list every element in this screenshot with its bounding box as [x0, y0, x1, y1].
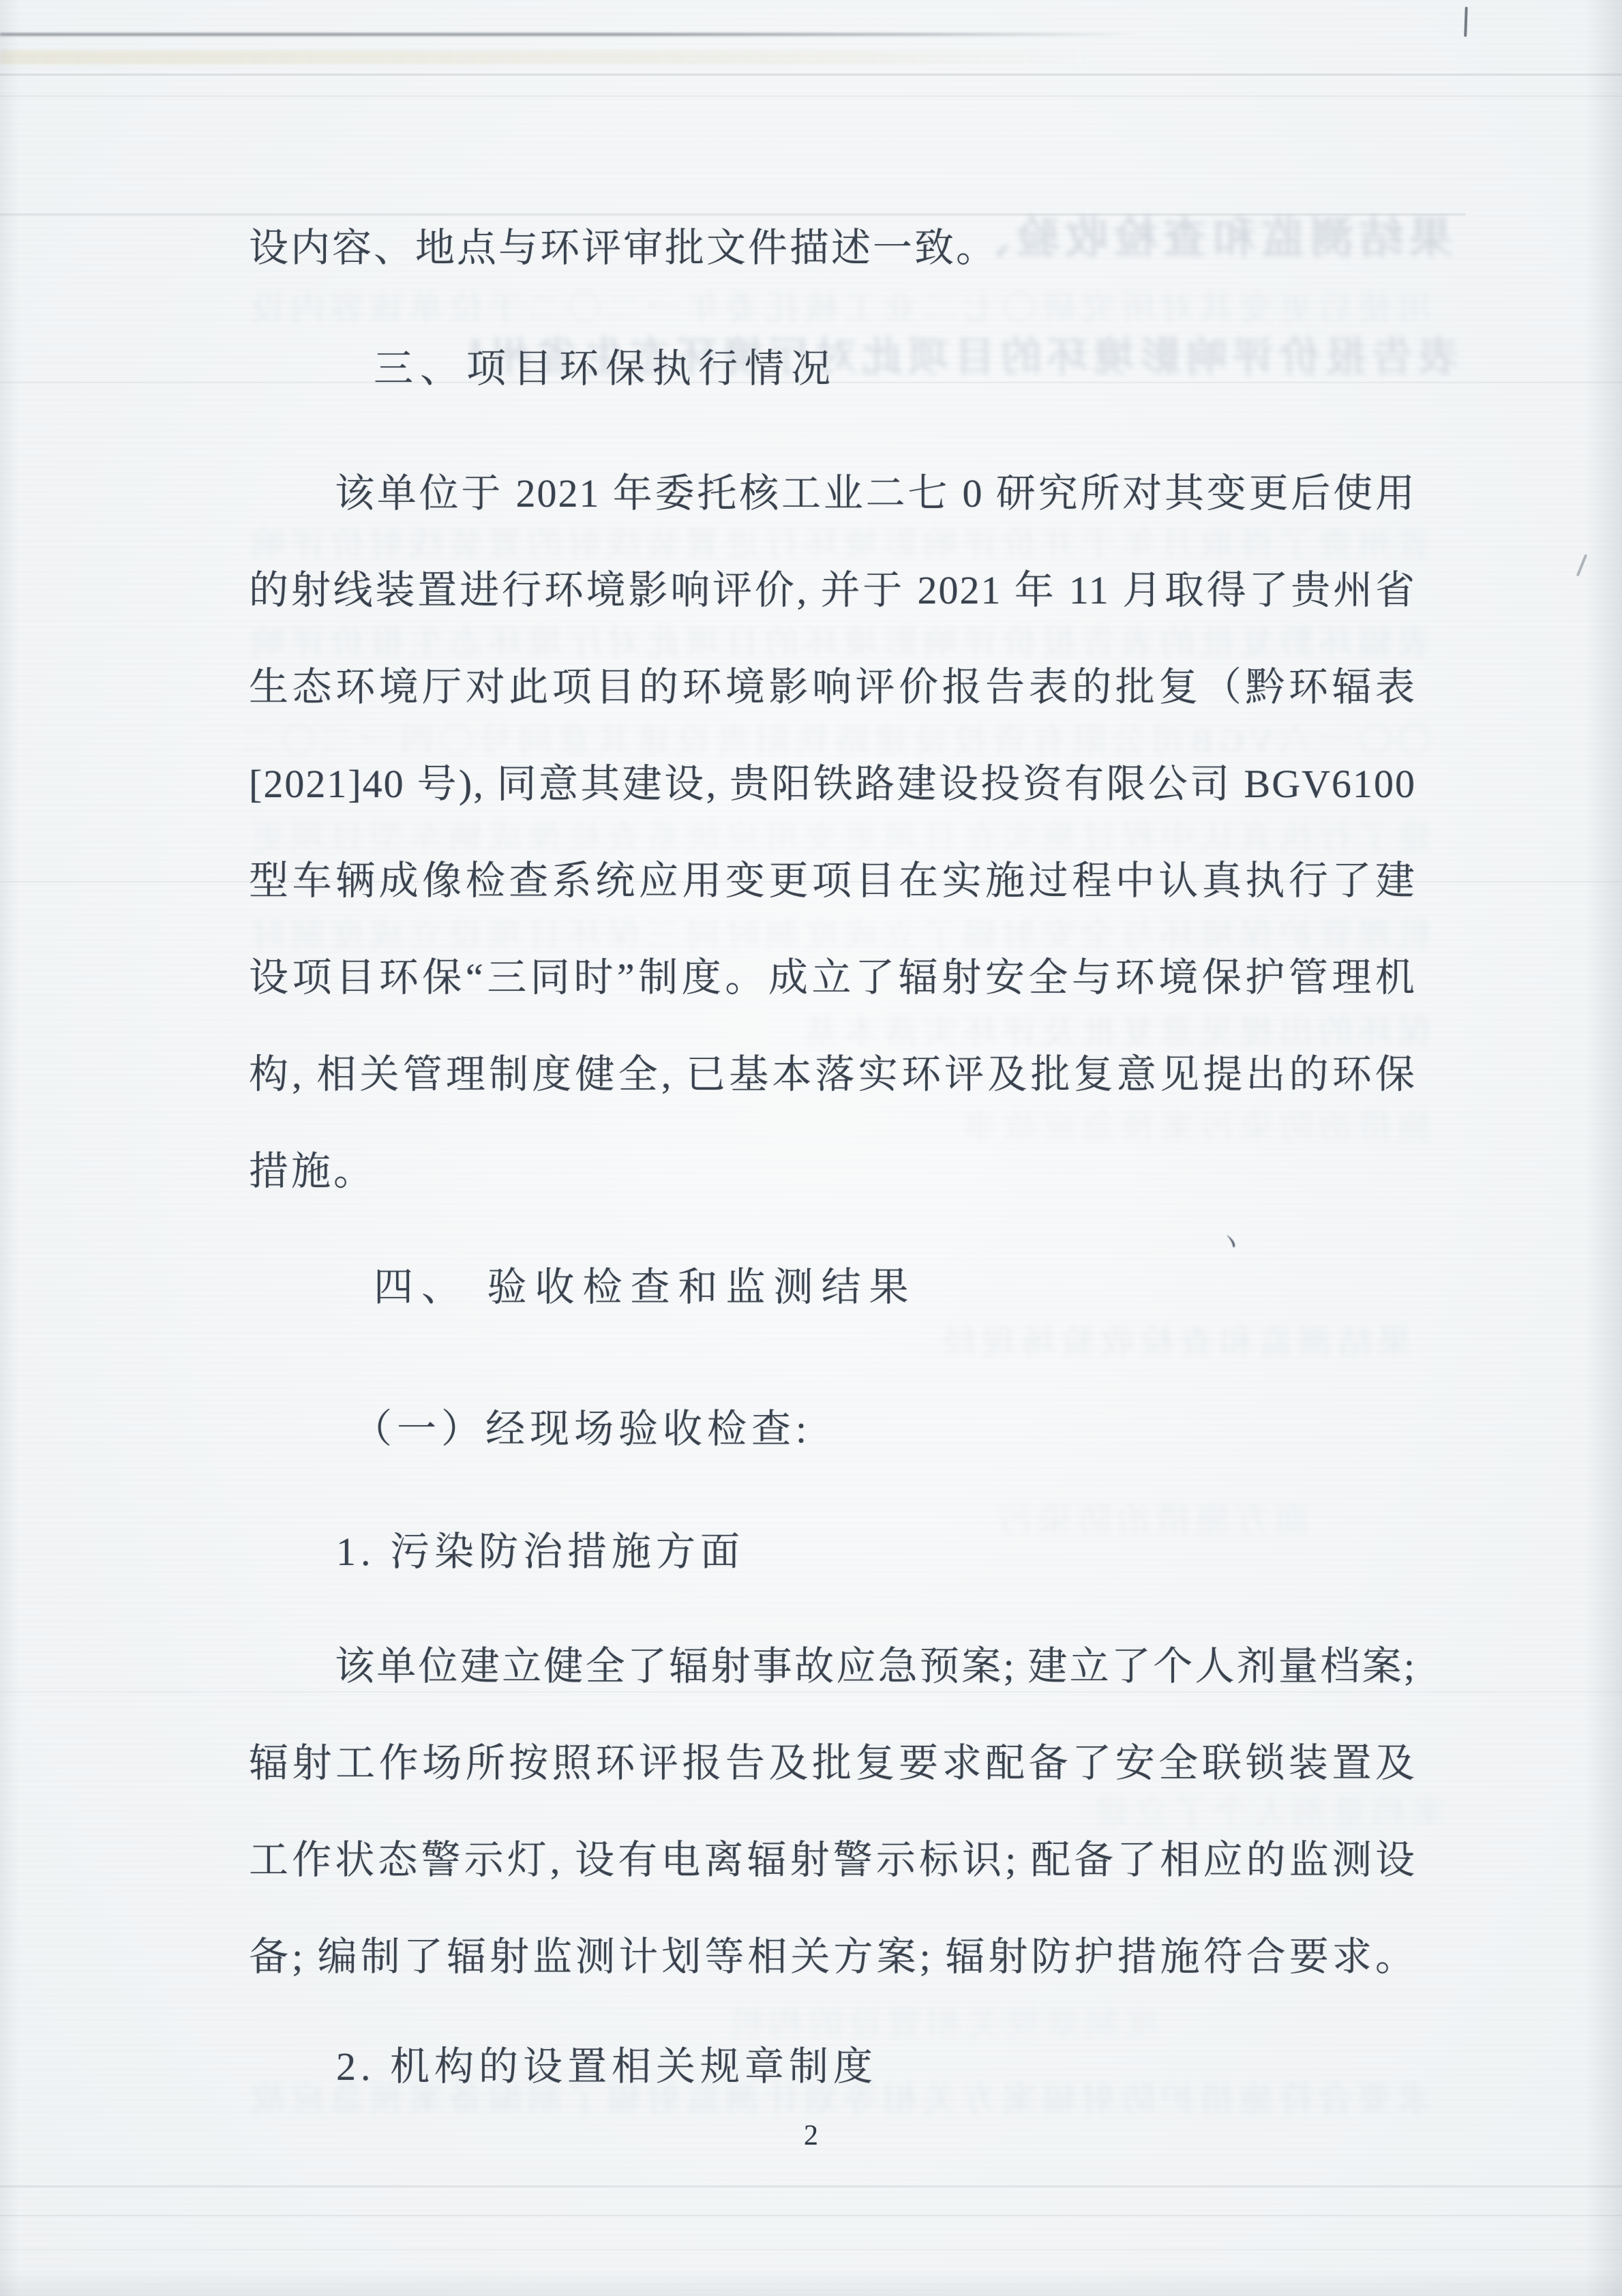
- scan-streak: [0, 2186, 1622, 2188]
- sub-heading: （一）经现场验收检查:: [249, 1405, 1416, 1455]
- bleed-through-text: 用使后更变其对所究研〇七二业工核托委年一二〇二于位单该容内设: [245, 281, 1432, 330]
- page-edge-shadow: [1585, 0, 1622, 2296]
- text-line: 构, 相关管理制度健全, 已基本落实环评及批复意见提出的环保: [249, 1050, 1416, 1100]
- bleed-through-text: 表辐环黔复批的表告报价评响影境环的目项此对厅境环态生报价评响影: [245, 616, 1432, 665]
- text-line: 该单位于 2021 年委托核工业二七 0 研究所对其变更后使用: [249, 469, 1416, 519]
- scan-mark: [1464, 7, 1468, 37]
- page-edge-shadow: [0, 0, 19, 2296]
- stray-ink-mark: 丶: [1214, 1219, 1248, 1263]
- bleed-through-text: 案档量剂人个了立建: [982, 1785, 1445, 1834]
- bleed-through-text: 保环的出提见意复批及评环实落本基已全健度制理管关相构提见意复批: [805, 1004, 1432, 1054]
- text-line: 该单位建立健全了辐射事故应急预案; 建立了个人剂量档案;: [249, 1642, 1416, 1692]
- text-line: 辐射工作场所按照环评报告及批复要求配备了安全联锁装置及: [249, 1739, 1416, 1789]
- bleed-through-text: 建了行执真认中程过施实在目项更变用应统系查检像成辆车型目项更变: [245, 810, 1432, 859]
- scan-streak: [0, 50, 1091, 64]
- sub-heading: 2. 机构的设置相关规章制度: [249, 2042, 1416, 2092]
- page-edge-shadow: [0, 2269, 1622, 2296]
- section-heading: 三、项目环保执行情况: [249, 344, 1416, 394]
- bleed-through-text: 省州贵了得取月年于并价评响影境环行进置装线射的置装线射价评响影: [245, 517, 1432, 566]
- text-line: [2021]40 号), 同意其建设, 贵阳铁路建设投资有限公司 BGV6100: [249, 760, 1416, 809]
- text-line: 生态环境厅对此项目的环境影响评价报告表的批复（黔环辐表: [249, 663, 1416, 713]
- scan-streak: [0, 213, 1466, 215]
- scan-streak: [0, 74, 1622, 76]
- scan-streak: [0, 2215, 1622, 2216]
- text-line: 型车辆成像检查系统应用变更项目在实施过程中认真执行了建: [249, 856, 1416, 906]
- bleed-through-text: 〇〇一六VGB司公限有资投设建路铁阳贵设建其意同号〇四一二〇二: [245, 713, 1432, 762]
- text-line: 的射线装置进行环境影响评价, 并于 2021 年 11 月取得了贵州省: [249, 566, 1416, 616]
- text-line: 工作状态警示灯, 设有电离辐射警示标识; 配备了相应的监测设: [249, 1836, 1416, 1885]
- text-line: 措施。: [249, 1147, 1416, 1197]
- bleed-through-text: 施措治防染污案预急应故事: [245, 1099, 1432, 1148]
- text-line: 备; 编制了辐射监测计划等相关方案; 辐射防护措施符合要求。: [249, 1933, 1416, 1982]
- scan-streak: [0, 33, 1139, 36]
- sub-heading: 1. 污染防治措施方面: [249, 1527, 1416, 1577]
- section-heading: 四、 验收检查和监测结果: [249, 1263, 1416, 1313]
- text-line: 设项目环保“三同时”制度。成立了辐射安全与环境保护管理机: [249, 953, 1416, 1003]
- page-number: 2: [0, 2119, 1622, 2152]
- bleed-through-text: 度制章规关相置设的构机: [477, 1997, 1159, 2046]
- scan-streak: [0, 95, 1622, 97]
- text-line: 设内容、地点与环评审批文件描述一致。: [249, 224, 1416, 273]
- scan-streak: [0, 2249, 1622, 2250]
- bleed-through-text: 机理管护保境环与全安射辐了立成度制时同三保环目项设立成度制时同: [245, 908, 1432, 957]
- bleed-through-text: 果结测监和查检收验场现经: [880, 1315, 1411, 1364]
- scanned-document-page: 果结测监和查检收验、四目项 表告报价评响影境环的目项此对厅境环态生省州贵得取月年…: [0, 0, 1622, 2296]
